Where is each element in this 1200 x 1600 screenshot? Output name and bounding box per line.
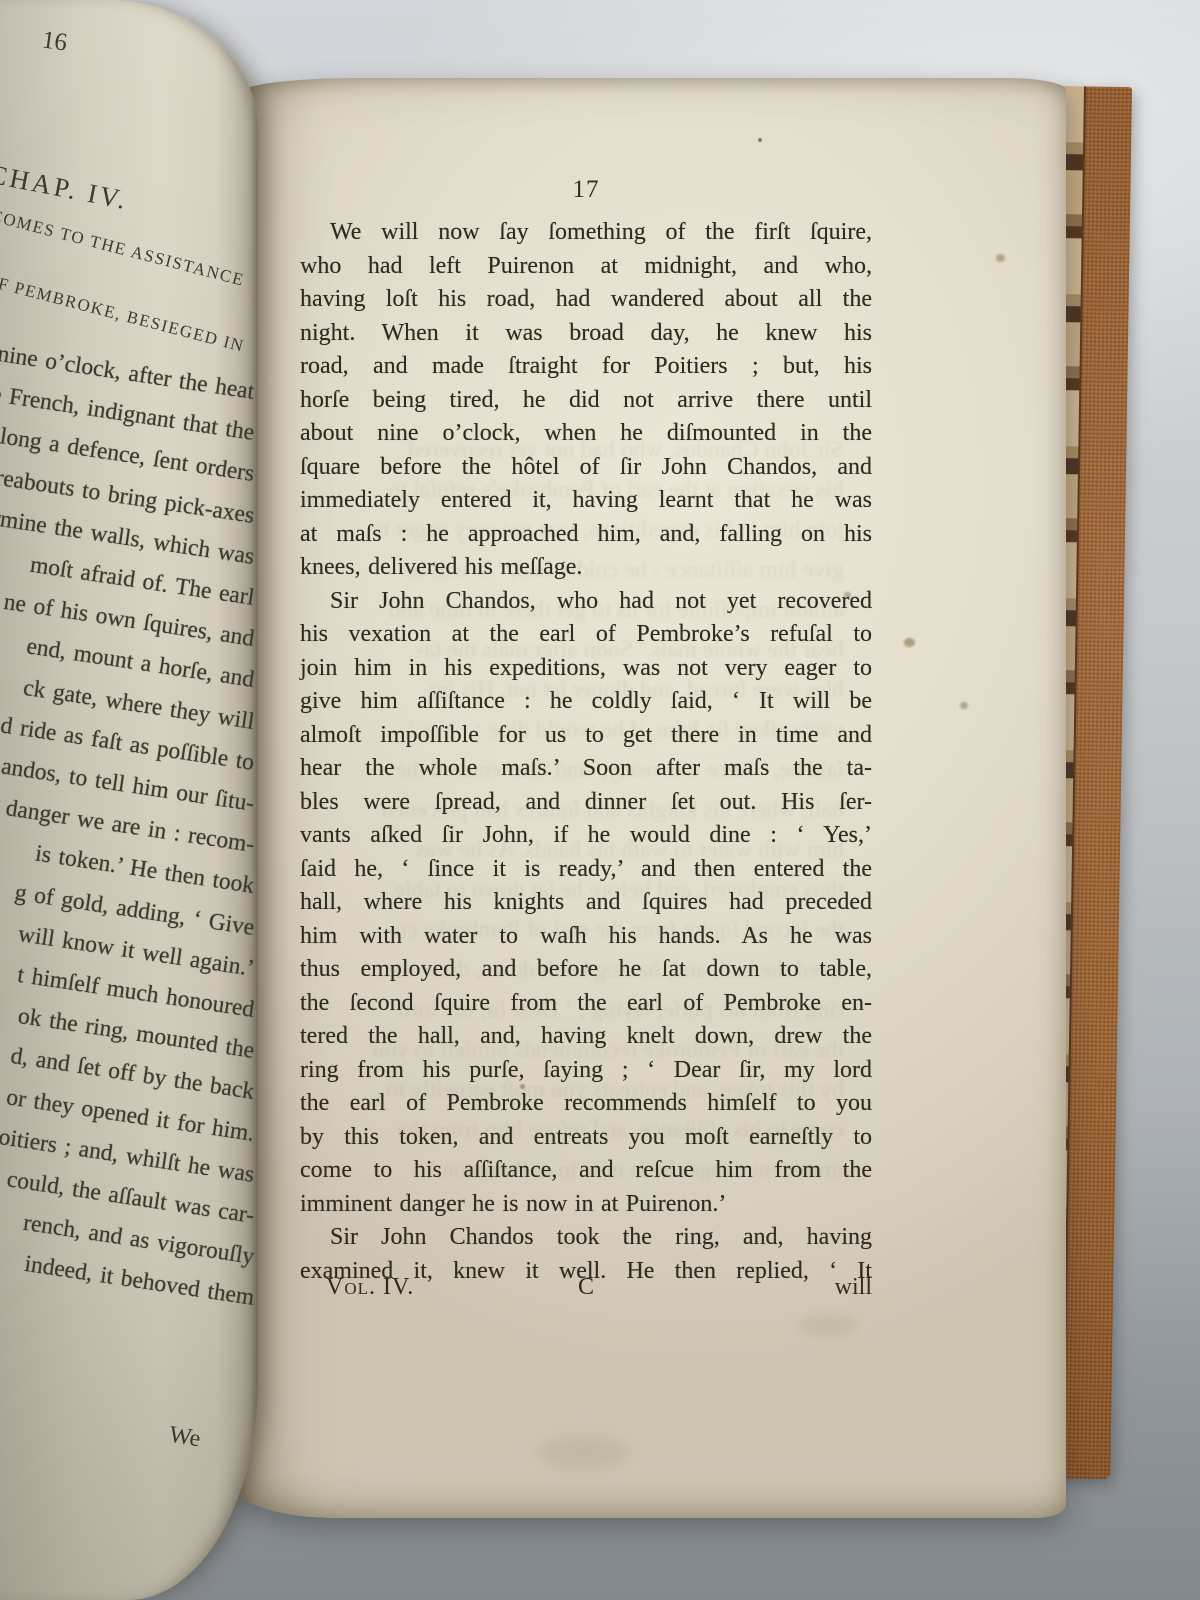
text-line: who had left Puirenon at midnight, and w… xyxy=(300,250,872,284)
text-line: the ſecond ſquire from the earl of Pembr… xyxy=(300,987,872,1021)
text-line: Sir John Chandos took the ring, and, hav… xyxy=(300,1221,872,1255)
paragraph-2: Sir John Chandos, who had not yet recove… xyxy=(300,585,872,1222)
page-footer: Vol. IV. C will xyxy=(300,1274,872,1310)
left-page-catchword: We xyxy=(167,1422,202,1454)
text-line: bles were ſpread, and dinner ſet out. Hi… xyxy=(300,786,872,820)
text-line: almoſt impoſſible for us to get there in… xyxy=(300,719,872,753)
left-page: 16 CHAP. IV. COMES TO THE ASSISTANCEF PE… xyxy=(0,0,258,1600)
text-line: his vexation at the earl of Pembroke’s r… xyxy=(300,618,872,652)
text-line: ring from his purſe, ſaying ; ‘ Dear ſir… xyxy=(300,1054,872,1088)
text-line: ſaid he, ‘ ſince it is ready,’ and then … xyxy=(300,853,872,887)
text-line: give him aſſiſtance : he coldly ſaid, ‘ … xyxy=(300,685,872,719)
text-line: horſe being tired, he did not arrive the… xyxy=(300,384,872,418)
text-line: ſquare before the hôtel of ſir John Chan… xyxy=(300,451,872,485)
foxing-spot xyxy=(996,254,1005,262)
text-line: join him in his expeditions, was not ver… xyxy=(300,652,872,686)
foxing-spot xyxy=(904,638,915,647)
text-line: at maſs : he approached him, and, fallin… xyxy=(300,518,872,552)
text-line: hear the whole maſs.’ Soon after maſs th… xyxy=(300,752,872,786)
foxing-spot xyxy=(758,138,762,142)
catchword: will xyxy=(835,1274,872,1301)
foxing-spot xyxy=(798,1314,858,1336)
text-line: by this token, and entreats you moſt ear… xyxy=(300,1121,872,1155)
foxing-spot xyxy=(960,702,968,709)
text-line: road, and made ſtraight for Poitiers ; b… xyxy=(300,350,872,384)
foxing-spot xyxy=(538,1436,628,1470)
paragraph-1: We will now ſay ſomething of the firſt ſ… xyxy=(300,216,872,585)
text-line: vants aſked ſir John, if he would dine :… xyxy=(300,819,872,853)
text-line: him with water to waſh his hands. As he … xyxy=(300,920,872,954)
page-number: 17 xyxy=(300,176,872,204)
signature-mark: C xyxy=(300,1274,872,1301)
text-line: the earl of Pembroke recommends himſelf … xyxy=(300,1087,872,1121)
text-line: thus employed, and before he ſat down to… xyxy=(300,953,872,987)
text-line: night. When it was broad day, he knew hi… xyxy=(300,317,872,351)
text-line: Sir John Chandos, who had not yet recove… xyxy=(300,585,872,619)
text-line: come to his aſſiſtance, and reſcue him f… xyxy=(300,1154,872,1188)
text-line: We will now ſay ſomething of the firſt ſ… xyxy=(300,216,872,250)
text-line: hall, where his knights and ſquires had … xyxy=(300,886,872,920)
photo-background: Sir John Chandos, who had not yet recove… xyxy=(0,0,1200,1600)
text-line: immediately entered it, having learnt th… xyxy=(300,484,872,518)
page-body: We will now ſay ſomething of the firſt ſ… xyxy=(300,216,872,1288)
text-line: having loſt his road, had wandered about… xyxy=(300,283,872,317)
text-line: imminent danger he is now in at Puirenon… xyxy=(300,1188,872,1222)
left-page-number: 16 xyxy=(40,26,69,57)
right-page: Sir John Chandos, who had not yet recove… xyxy=(238,78,1066,1518)
text-line: tered the hall, and, having knelt down, … xyxy=(300,1020,872,1054)
left-page-body: d nine o’clock, after the heate French, … xyxy=(0,372,254,1320)
text-line: about nine o’clock, when he diſmounted i… xyxy=(300,417,872,451)
text-line: knees, delivered his meſſage. xyxy=(300,551,872,585)
